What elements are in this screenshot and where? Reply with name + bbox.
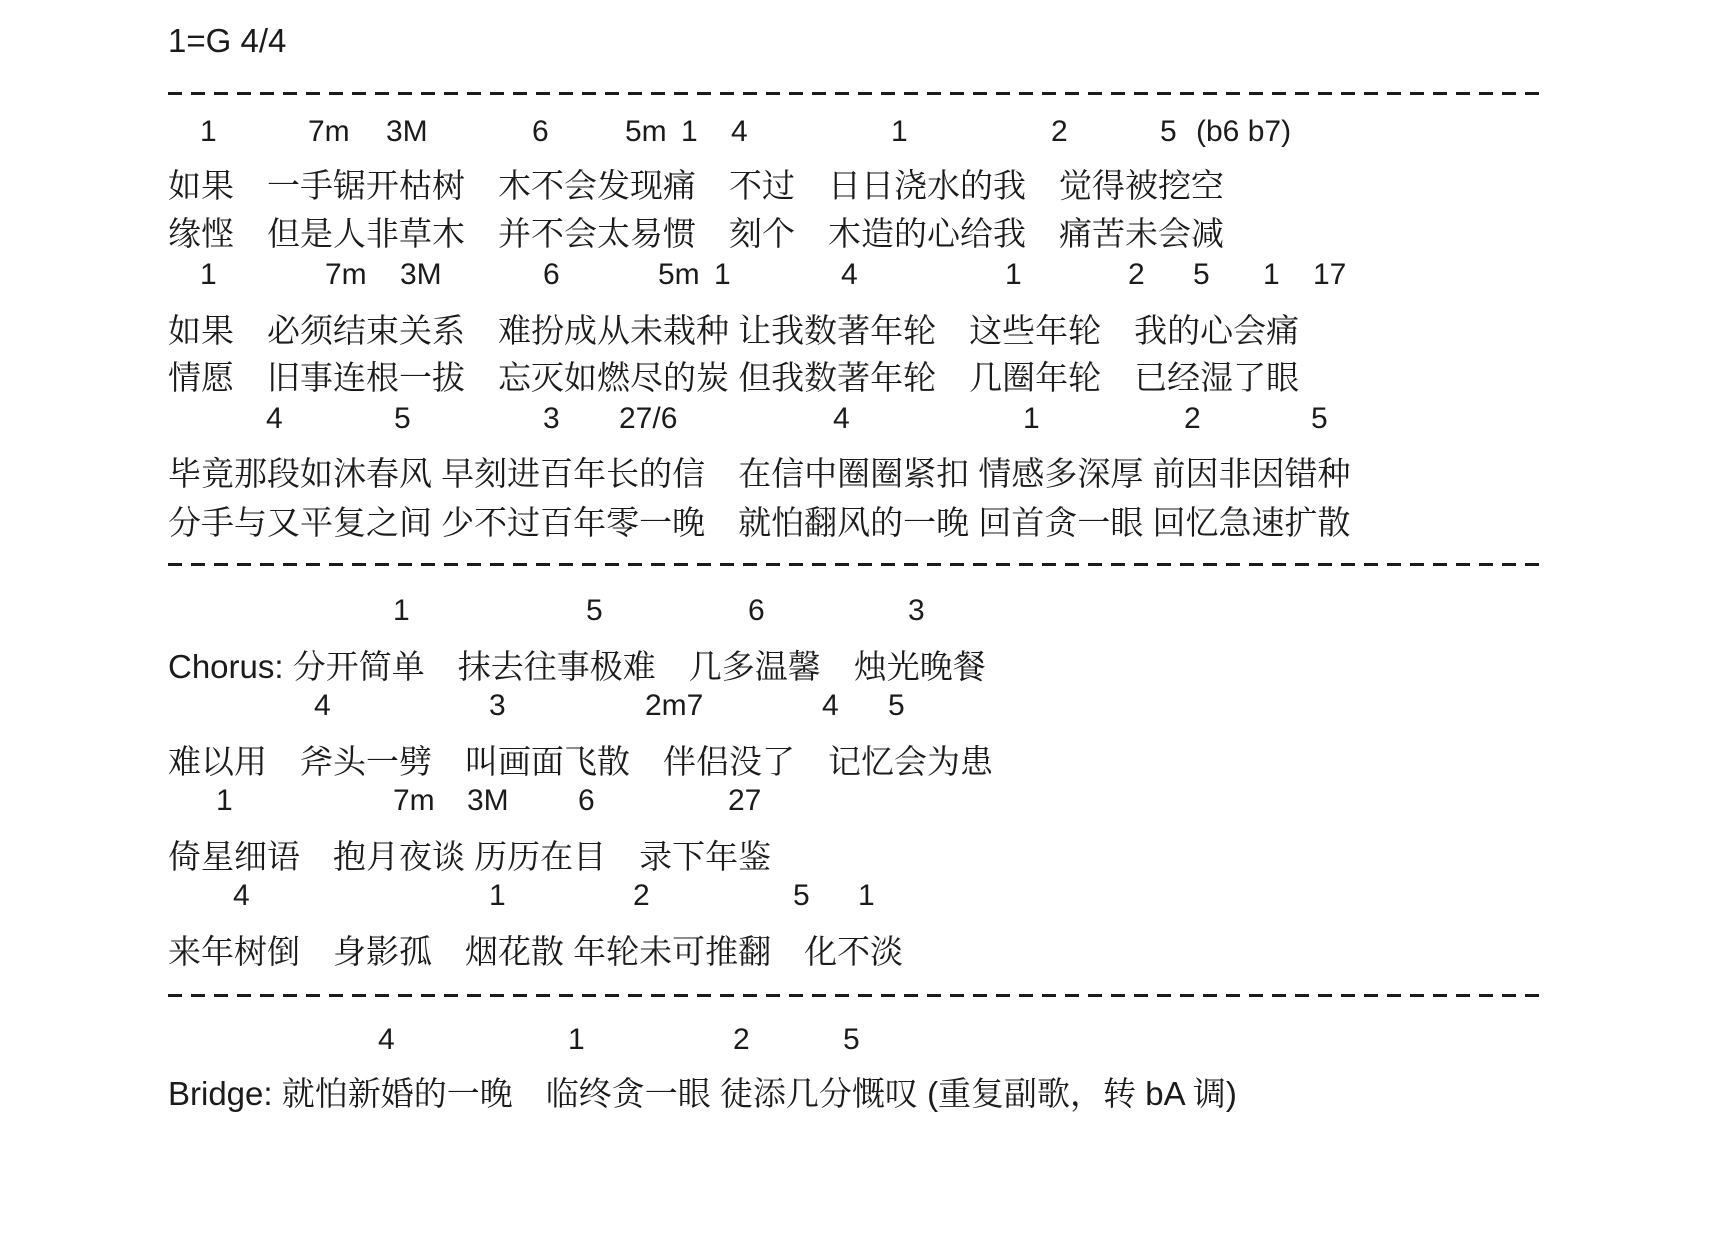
chord-token: 4 bbox=[266, 402, 283, 436]
chord-token: 1 bbox=[714, 258, 731, 292]
chord-token: 2m7 bbox=[645, 689, 703, 723]
lyric-line: 倚星细语 抱月夜谈 历历在目 录下年鉴 bbox=[168, 831, 1711, 878]
chord-token: 4 bbox=[833, 402, 850, 436]
chord-token: 27/6 bbox=[619, 402, 677, 436]
chord-token: 27 bbox=[728, 784, 761, 818]
chord-token: 5 bbox=[888, 689, 905, 723]
chord-line: 17m3M627 bbox=[0, 784, 1711, 820]
chord-line: 17m3M65m14125(b6 b7) bbox=[0, 115, 1711, 151]
chord-token: 3 bbox=[543, 402, 560, 436]
chord-token: 5m bbox=[658, 258, 700, 292]
lyric-line: 如果 必须结束关系 难扮成从未栽种 让我数著年轮 这些年轮 我的心会痛 bbox=[168, 305, 1711, 352]
chord-token: 1 bbox=[891, 115, 908, 149]
lyric-line: 难以用 斧头一劈 叫画面飞散 伴侣没了 记忆会为患 bbox=[168, 736, 1711, 783]
chord-line: 1563 bbox=[0, 594, 1711, 630]
chord-token: 1 bbox=[1005, 258, 1022, 292]
chord-token: 1 bbox=[858, 879, 875, 913]
chord-token: 1 bbox=[216, 784, 233, 818]
lyric-line: Bridge: 就怕新婚的一晚 临终贪一眼 徒添几分慨叹 (重复副歌，转 bA … bbox=[168, 1068, 1711, 1115]
chord-token: 4 bbox=[378, 1023, 395, 1057]
chord-token: 7m bbox=[308, 115, 350, 149]
chord-token: 17 bbox=[1313, 258, 1346, 292]
chord-token: 5 bbox=[843, 1023, 860, 1057]
chord-token: 5 bbox=[1311, 402, 1328, 436]
chord-token: 5 bbox=[394, 402, 411, 436]
chord-token: 4 bbox=[233, 879, 250, 913]
chord-token: 3M bbox=[400, 258, 442, 292]
chord-token: 3M bbox=[467, 784, 509, 818]
chord-token: 1 bbox=[1023, 402, 1040, 436]
chord-token: 2 bbox=[1051, 115, 1068, 149]
chord-token: 5 bbox=[793, 879, 810, 913]
chord-token: 6 bbox=[543, 258, 560, 292]
lyric-line: 分手与又平复之间 少不过百年零一晚 就怕翻风的一晚 回首贪一眼 回忆急速扩散 bbox=[168, 497, 1711, 544]
chord-token: 1 bbox=[393, 594, 410, 628]
chord-token: 2 bbox=[1128, 258, 1145, 292]
chord-token: 6 bbox=[578, 784, 595, 818]
chord-token: 4 bbox=[314, 689, 331, 723]
dashed-divider bbox=[168, 563, 1545, 566]
chord-token: 6 bbox=[748, 594, 765, 628]
lyric-line: 情愿 旧事连根一拔 忘灭如燃尽的炭 但我数著年轮 几圈年轮 已经湿了眼 bbox=[168, 352, 1711, 399]
chord-token: 7m bbox=[393, 784, 435, 818]
chord-token: 1 bbox=[200, 115, 217, 149]
chord-token: 1 bbox=[568, 1023, 585, 1057]
chord-token: 2 bbox=[633, 879, 650, 913]
lyric-line: Chorus: 分开简单 抹去往事极难 几多温馨 烛光晚餐 bbox=[168, 641, 1711, 688]
chord-sheet: 1=G 4/4 17m3M65m14125(b6 b7)如果 一手锯开枯树 木不… bbox=[0, 0, 1711, 1240]
chord-token: 5m bbox=[625, 115, 667, 149]
chord-token: 1 bbox=[1263, 258, 1280, 292]
lyric-line: 缘悭 但是人非草木 并不会太易惯 刻个 木造的心给我 痛苦未会减 bbox=[168, 208, 1711, 255]
chord-token: 5 bbox=[1193, 258, 1210, 292]
chord-token: 4 bbox=[731, 115, 748, 149]
lyric-line: 如果 一手锯开枯树 木不会发现痛 不过 日日浇水的我 觉得被挖空 bbox=[168, 160, 1711, 207]
lyric-line: 来年树倒 身影孤 烟花散 年轮未可推翻 化不淡 bbox=[168, 926, 1711, 973]
lyric-line: 毕竟那段如沐春风 早刻进百年长的信 在信中圈圈紧扣 情感多深厚 前因非因错种 bbox=[168, 448, 1711, 495]
chord-token: 1 bbox=[489, 879, 506, 913]
chord-token: 2 bbox=[1184, 402, 1201, 436]
dashed-divider bbox=[168, 92, 1545, 95]
chord-token: 3M bbox=[386, 115, 428, 149]
chord-token: 3 bbox=[908, 594, 925, 628]
chord-token: 1 bbox=[200, 258, 217, 292]
dashed-divider bbox=[168, 994, 1545, 997]
chord-token: 7m bbox=[325, 258, 367, 292]
chord-token: 5 bbox=[1160, 115, 1177, 149]
chord-token: 6 bbox=[532, 115, 549, 149]
chord-token: 4 bbox=[841, 258, 858, 292]
chord-line: 41251 bbox=[0, 879, 1711, 915]
chord-token: 5 bbox=[586, 594, 603, 628]
chord-line: 45327/64125 bbox=[0, 402, 1711, 438]
chord-token: 1 bbox=[681, 115, 698, 149]
chord-line: 4125 bbox=[0, 1023, 1711, 1059]
chord-token: 2 bbox=[733, 1023, 750, 1057]
chord-line: 432m745 bbox=[0, 689, 1711, 725]
chord-line: 17m3M65m14125117 bbox=[0, 258, 1711, 294]
chord-token: 4 bbox=[822, 689, 839, 723]
chord-token: 3 bbox=[489, 689, 506, 723]
key-signature: 1=G 4/4 bbox=[168, 22, 286, 60]
chord-token: (b6 b7) bbox=[1196, 115, 1291, 149]
